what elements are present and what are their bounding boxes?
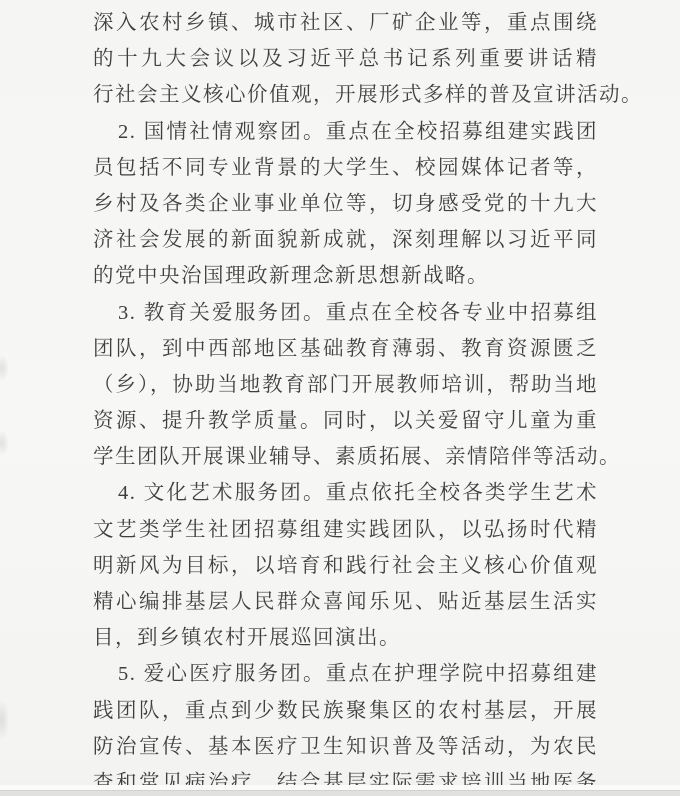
text-line: 防治宣传、基本医疗卫生知识普及等活动，为农民进行健康普 [93, 729, 598, 765]
text-line: 目，到乡镇农村开展巡回演出。 [93, 620, 598, 656]
text-line: 5. 爱心医疗服务团。重点在护理学院中招募组建专业实 [93, 656, 598, 692]
text-line: 2. 国情社情观察团。重点在全校招募组建实践团队，成 [93, 114, 598, 150]
text-line: 团队，到中西部地区基础教育薄弱、教育资源匮乏的贫困县 [93, 331, 598, 367]
scan-bottom-edge [0, 790, 680, 796]
text-line: 济社会发展的新面貌新成就，深刻理解以习近平同志为总书记 [93, 222, 598, 258]
text-line: 文艺类学生社团招募组建实践团队，以弘扬时代精神、倡导文 [93, 512, 598, 548]
scan-edge-smudge [0, 430, 9, 456]
text-line: 明新风为目标，以培育和践行社会主义核心价值观为主要内容， [93, 548, 598, 584]
text-line: 的十九大会议以及习近平总书记系列重要讲话精神，培育和践 [93, 41, 598, 77]
scanned-document-page: 深入农村乡镇、城市社区、厂矿企业等，重点围绕学习贯彻党的十九大会议以及习近平总书… [0, 0, 680, 796]
text-line: 精心编排基层人民群众喜闻乐见、贴近基层生活实际的文艺节 [93, 584, 598, 620]
text-line: 乡村及各类企业事业单位等，切身感受党的十九大以来我国经 [93, 186, 598, 222]
text-line: 资源、提升教学质量。同时，以关爱留守儿童为重点，组织大 [93, 403, 598, 439]
scan-edge-smudge [0, 355, 9, 381]
text-line: 践团队，重点到少数民族聚集区的农村基层，开展流行性疾病 [93, 693, 598, 729]
text-line: （乡），协助当地教育部门开展教师培训，帮助当地优化教育 [93, 367, 598, 403]
scan-edge-smudge [0, 700, 9, 740]
document-text-block: 深入农村乡镇、城市社区、厂矿企业等，重点围绕学习贯彻党的十九大会议以及习近平总书… [93, 5, 598, 796]
text-line: 深入农村乡镇、城市社区、厂矿企业等，重点围绕学习贯彻党 [93, 5, 598, 41]
text-line: 4. 文化艺术服务团。重点依托全校各类学生艺术团队和 [93, 475, 598, 511]
text-line: 的党中央治国理政新理念新思想新战略。 [93, 258, 598, 294]
text-line: 学生团队开展课业辅导、素质拓展、亲情陪伴等活动。 [93, 439, 598, 475]
text-line: 行社会主义核心价值观，开展形式多样的普及宣讲活动。 [93, 77, 598, 113]
text-line: 员包括不同专业背景的大学生、校园媒体记者等，深入城镇、 [93, 150, 598, 186]
text-line: 3. 教育关爱服务团。重点在全校各专业中招募组建实践 [93, 295, 598, 331]
